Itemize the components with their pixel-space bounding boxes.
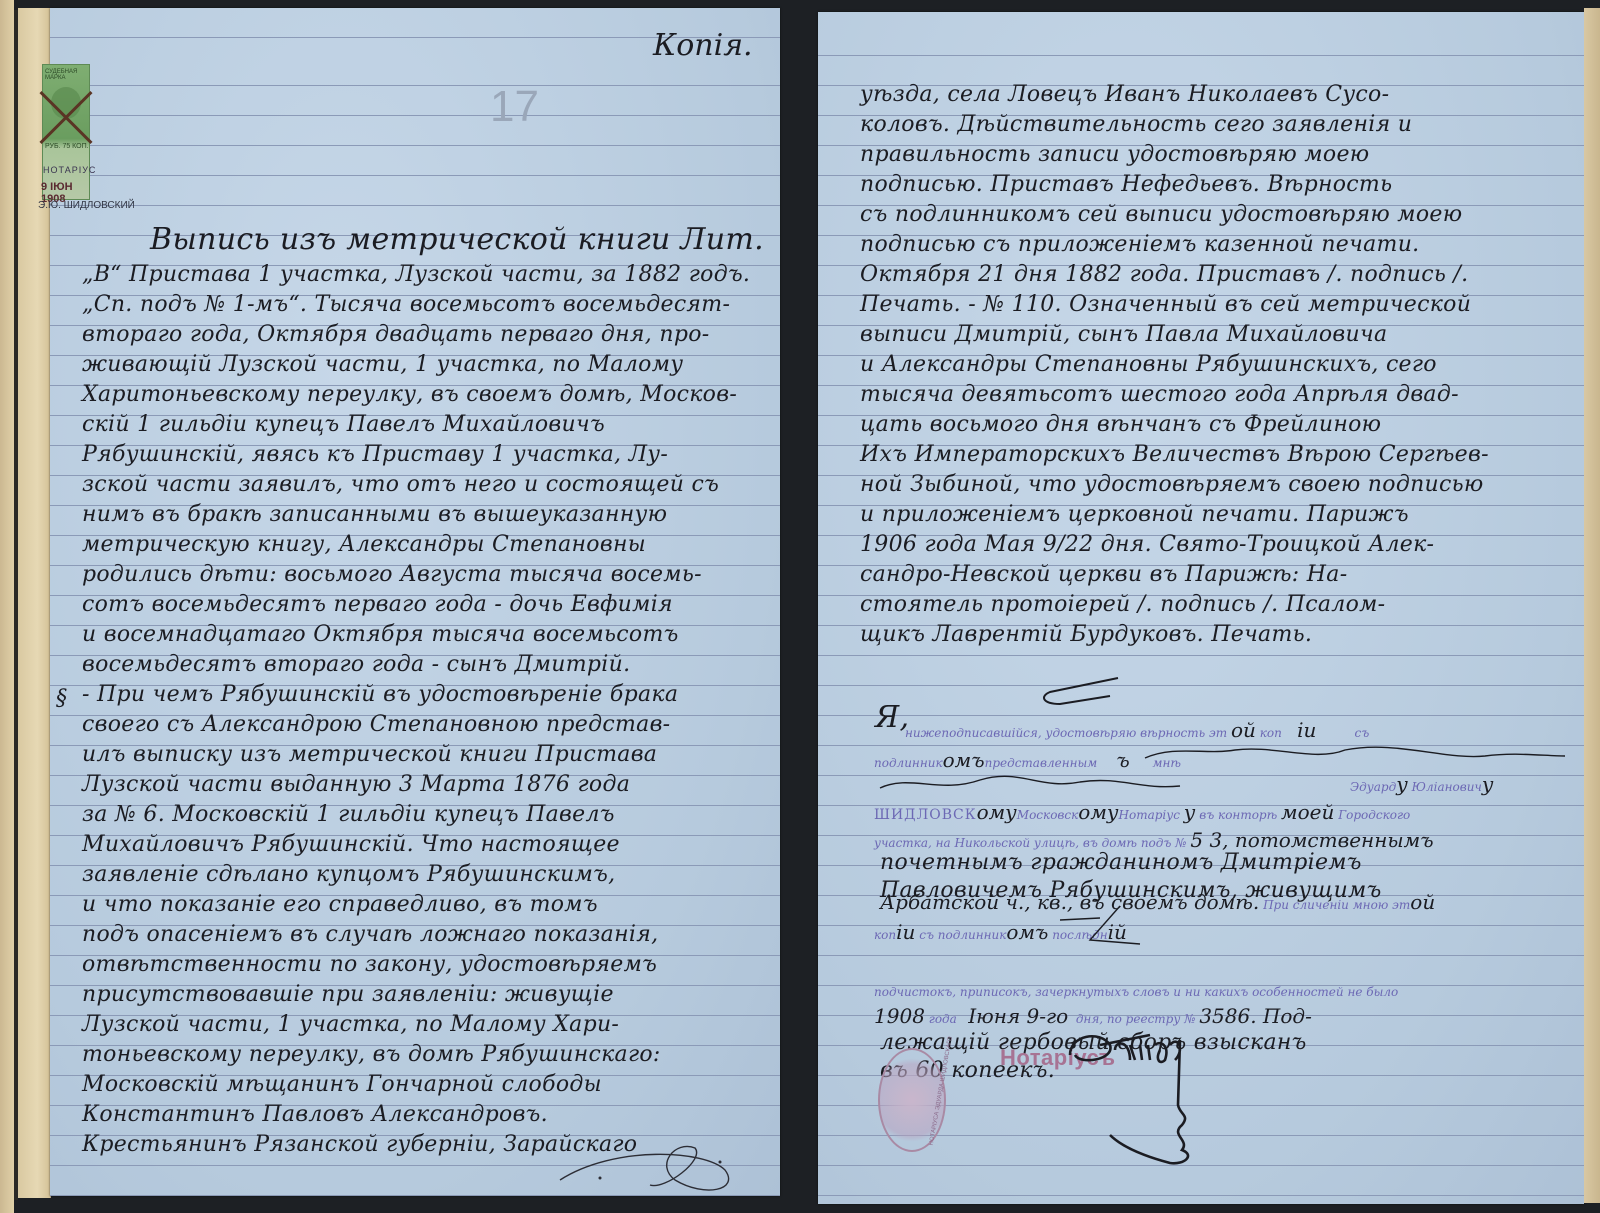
text-line: Харитоньевскому переулку, въ своемъ домѣ… <box>82 382 737 407</box>
handwritten-fill: моей <box>1281 800 1334 824</box>
handwritten-fill: 5 3, потомственнымъ <box>1190 828 1433 852</box>
text-line: и восемнадцатаго Октября тысяча восемьсо… <box>82 622 679 647</box>
printed-text: Городского <box>1338 808 1410 822</box>
copy-header: Копія. <box>653 28 753 63</box>
printed-text: ШИДЛОВСК <box>874 807 977 823</box>
text-line: и что показанiе его справедливо, въ томъ <box>82 892 598 917</box>
text-line: - При чемъ Рябушинскiй въ удостовѣренiе … <box>82 682 678 707</box>
cert-line-4: ШИДЛОВСКомуМосковскомуНотарiус у въ конт… <box>874 800 1410 824</box>
text-line: тысяча девятьсотъ шестого года Апрѣля дв… <box>860 382 1459 407</box>
handwritten-fill: iи <box>1297 718 1316 742</box>
text-line: подъ опасенiемъ въ случаѣ ложнаго показа… <box>82 922 658 947</box>
printed-text: коп <box>874 928 896 942</box>
handwritten-fill: омъ <box>1006 920 1048 944</box>
text-line: подписью съ приложенiемъ казенной печати… <box>860 232 1419 257</box>
printed-text: При сличенiи мною эт <box>1263 898 1410 912</box>
handwritten-fill: ой <box>1410 890 1435 914</box>
cert-line-3: Эдуарду Юлiановичу <box>1350 772 1494 796</box>
text-line: „В“ Пристава 1 участка, Лузской части, з… <box>82 262 750 287</box>
text-line: уѣзда, села Ловецъ Иванъ Николаевъ Сусо- <box>860 82 1389 107</box>
text-line: Московскiй мѣщанинъ Гончарной слободы <box>82 1072 602 1097</box>
text-line: присутствовавшiе при заявленiи: живущiе <box>82 982 614 1007</box>
text-line: Лузской части, 1 участка, по Малому Хари… <box>82 1012 619 1037</box>
text-line: нимъ въ бракѣ записанными въ вышеуказанн… <box>82 502 667 527</box>
printed-text: съ подлинник <box>919 928 1006 942</box>
text-line: Выпись изъ метрической книги Лит. <box>150 222 764 257</box>
handwritten-fill: ому <box>1078 800 1118 824</box>
text-line: Лузской части выданную 3 Марта 1876 года <box>82 772 630 797</box>
text-line: тоньевскому переулку, въ домѣ Рябушинска… <box>82 1042 661 1067</box>
handwritten-fill: ой <box>1231 718 1256 742</box>
text-line: Октября 21 дня 1882 года. Приставъ /. по… <box>860 262 1468 287</box>
text-line: сотъ восемьдесятъ перваго года - дочь Ев… <box>82 592 673 617</box>
text-line: за № 6. Московскiй 1 гильдiи купецъ Паве… <box>82 802 615 827</box>
cert-line-5: участка, на Никольской улицѣ, въ домѣ по… <box>874 828 1434 852</box>
text-line: илъ выписку изъ метрической книги Приста… <box>82 742 657 767</box>
printed-text: коп <box>1260 726 1282 740</box>
text-line: скiй 1 гильдiи купецъ Павелъ Михайловичъ <box>82 412 605 437</box>
handwritten-fill: ому <box>977 800 1017 824</box>
printed-text: Юлiанович <box>1412 780 1482 794</box>
text-line: Константинъ Павловъ Александровъ. <box>82 1102 548 1127</box>
printed-text: въ конторѣ <box>1199 808 1277 822</box>
handwritten-fill: у <box>1482 772 1494 796</box>
text-line: родились дѣти: восьмого Августа тысяча в… <box>82 562 702 587</box>
text-line: Ихъ Императорскихъ Величествъ Вѣрою Серг… <box>860 442 1489 467</box>
text-line: Рябушинскiй, явясь къ Приставу 1 участка… <box>82 442 668 467</box>
handwritten-fill: iи <box>896 920 915 944</box>
text-line: цать восьмого дня вѣнчанъ съ Фрейлиною <box>860 412 1381 437</box>
text-line: правильность записи удостовѣряю моею <box>860 142 1369 167</box>
text-line: Михайловичъ Рябушинскiй. Что настоящее <box>82 832 620 857</box>
text-line: живающiй Лузской части, 1 участка, по Ма… <box>82 352 683 377</box>
left-signature-flourish <box>555 1140 755 1200</box>
stamp-top-text: СУДЕБНАЯ МАРКА <box>45 69 89 81</box>
text-line: „Сп. подъ № 1-мъ“. Тысяча восемьсотъ вос… <box>82 292 730 317</box>
text-line: сандро-Невской церкви въ Парижѣ: На- <box>860 562 1347 587</box>
handwritten-fill: у <box>1184 800 1196 824</box>
fill-wave-line <box>880 768 1180 798</box>
stamp-overprint: НОТАРІУС <box>43 165 89 175</box>
book-edge-left <box>0 0 14 1213</box>
text-line: заявленiе сдѣлано купцомъ Рябушинскимъ, <box>82 862 615 887</box>
printed-text: Нотарiус <box>1119 808 1180 822</box>
printed-text: участка, на Никольской улицѣ, въ домѣ по… <box>874 836 1187 850</box>
cert-line-6: почетнымъ гражданиномъ Дмитрiемъ <box>880 850 1362 875</box>
printed-text: съ <box>1355 726 1370 740</box>
text-line: выписи Дмитрiй, сынъ Павла Михайловича <box>860 322 1387 347</box>
text-line: зской части заявилъ, что отъ него и сост… <box>82 472 719 497</box>
text-line: отвѣтственности по закону, удостовѣряемъ <box>82 952 657 977</box>
text-line: и приложенiемъ церковной печати. Парижъ <box>860 502 1409 527</box>
pencil-page-number: 17 <box>490 82 539 132</box>
printed-text: Эдуард <box>1350 780 1396 794</box>
text-line: втораго года, Октября двадцать перваго д… <box>82 322 710 347</box>
text-line: своего съ Александрою Степановною предст… <box>82 712 670 737</box>
text-line: съ подлинникомъ сей выписи удостовѣряю м… <box>860 202 1462 227</box>
printed-text: нижеподписавшiйся, удостовѣряю вѣрность … <box>905 726 1227 740</box>
text-line: метрическую книгу, Александры Степановны <box>82 532 646 557</box>
text-line: 1906 года Мая 9/22 дня. Свято-Троицкой А… <box>860 532 1434 557</box>
stamp-under-text: Э.Ю. ШИДЛОВСКИЙ <box>38 200 135 211</box>
notary-signature <box>1060 1015 1260 1175</box>
book-edge-right <box>1584 8 1600 1203</box>
separator-flourish <box>1060 900 1180 960</box>
text-line: стоятель протоiерей /. подпись /. Псалом… <box>860 592 1385 617</box>
text-line: подписью. Приставъ Нефедьевъ. Вѣрность <box>860 172 1392 197</box>
text-line: восемьдесятъ втораго года - сынъ Дмитрiй… <box>82 652 630 677</box>
cert-line-10: подчистокъ, приписокъ, зачеркнутыхъ слов… <box>874 985 1398 999</box>
separator-flourish <box>1020 670 1140 710</box>
handwritten-fill: 190 <box>874 1004 912 1028</box>
text-line: ной Зыбиной, что удостовѣряемъ своею под… <box>860 472 1484 497</box>
printed-text: года <box>929 1012 957 1026</box>
margin-mark: § <box>56 686 67 711</box>
stamp-value: РУБ. 75 КОП. <box>45 143 89 150</box>
handwritten-fill: у <box>1396 772 1408 796</box>
notary-round-seal: НОТАРIУСА ЭДУАРДА ШИДЛОВСКАГО <box>878 1048 946 1152</box>
text-line: коловъ. Дѣйствительность сего заявленiя … <box>860 112 1412 137</box>
text-line: и Александры Степановны Рябушинскихъ, се… <box>860 352 1437 377</box>
cert-line-1: нижеподписавшiйся, удостовѣряю вѣрность … <box>905 718 1369 742</box>
text-line: Печать. - № 110. Означенный въ сей метри… <box>860 292 1471 317</box>
handwritten-fill: 8 <box>912 1004 925 1028</box>
text-line: щикъ Лаврентiй Бурдуковъ. Печать. <box>860 622 1312 647</box>
printed-text: Московск <box>1017 808 1079 822</box>
handwritten-fill: Iюня 9-го <box>968 1004 1068 1028</box>
